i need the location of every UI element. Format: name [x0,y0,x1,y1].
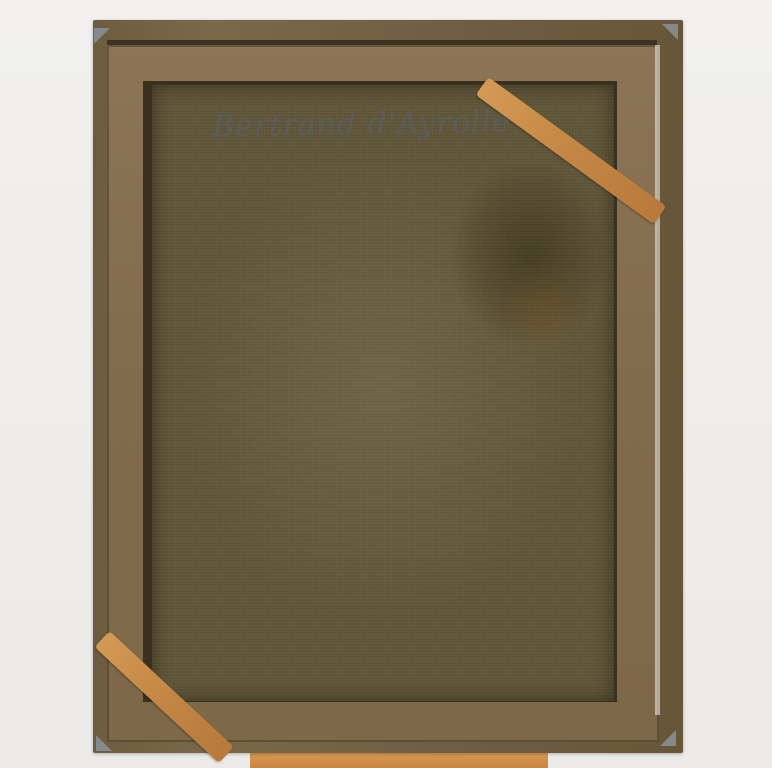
canvas-weave [152,85,614,701]
frame-side-gap [655,45,660,715]
canvas-back: Bertrand d'Ayrolle [152,85,614,701]
top-rail-groove [110,40,655,43]
inscription: Bertrand d'Ayrolle [212,104,511,144]
easel-support [250,752,548,768]
